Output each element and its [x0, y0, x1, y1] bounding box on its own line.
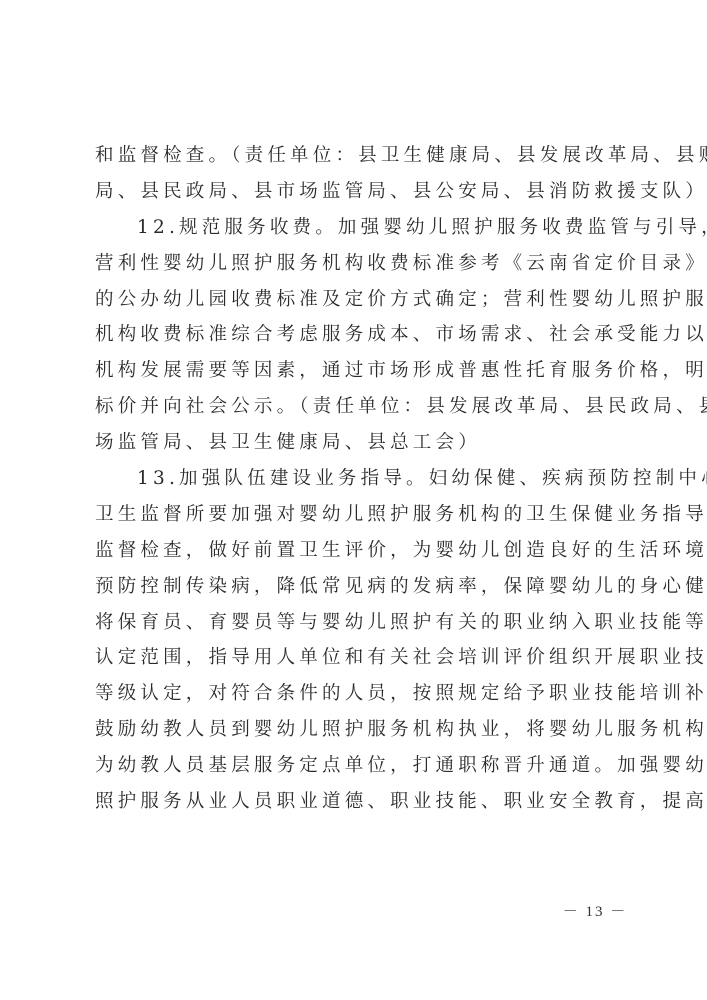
text-line: 机构发展需要等因素，通过市场形成普惠性托育服务价格，明码: [95, 353, 623, 389]
text-line: 鼓励幼教人员到婴幼儿照护服务机构执业，将婴幼儿服务机构作: [95, 712, 623, 748]
text-line: 场监管局、县卫生健康局、县总工会）: [95, 425, 623, 461]
text-line: 营利性婴幼儿照护服务机构收费标准参考《云南省定价目录》中: [95, 246, 623, 282]
text-line: 认定范围，指导用人单位和有关社会培训评价组织开展职业技能: [95, 640, 623, 676]
section-heading-line: 13.加强队伍建设业务指导。妇幼保健、疾病预防控制中心、: [95, 461, 623, 497]
text-line: 机构收费标准综合考虑服务成本、市场需求、社会承受能力以及: [95, 317, 623, 353]
text-line: 等级认定，对符合条件的人员，按照规定给予职业技能培训补贴。: [95, 676, 623, 712]
text-line: 局、县民政局、县市场监管局、县公安局、县消防救援支队）: [95, 174, 623, 210]
text-line: 为幼教人员基层服务定点单位，打通职称晋升通道。加强婴幼儿: [95, 748, 623, 784]
text-line: 照护服务从业人员职业道德、职业技能、职业安全教育，提高服: [95, 784, 623, 820]
text-line: 和监督检查。（责任单位：县卫生健康局、县发展改革局、县财政: [95, 138, 623, 174]
section-heading-line: 12.规范服务收费。加强婴幼儿照护服务收费监管与引导，非: [95, 210, 623, 246]
page-number: － 13 －: [560, 900, 630, 921]
text-line: 将保育员、育婴员等与婴幼儿照护有关的职业纳入职业技能等级: [95, 605, 623, 641]
text-line: 卫生监督所要加强对婴幼儿照护服务机构的卫生保健业务指导和: [95, 497, 623, 533]
text-line: 标价并向社会公示。（责任单位：县发展改革局、县民政局、县市: [95, 389, 623, 425]
body-text: 和监督检查。（责任单位：县卫生健康局、县发展改革局、县财政 局、县民政局、县市场…: [95, 138, 623, 820]
text-line: 预防控制传染病，降低常见病的发病率，保障婴幼儿的身心健康。: [95, 569, 623, 605]
document-page: 和监督检查。（责任单位：县卫生健康局、县发展改革局、县财政 局、县民政局、县市场…: [0, 0, 707, 1000]
text-line: 的公办幼儿园收费标准及定价方式确定；营利性婴幼儿照护服务: [95, 282, 623, 318]
text-line: 监督检查，做好前置卫生评价，为婴幼儿创造良好的生活环境，: [95, 533, 623, 569]
